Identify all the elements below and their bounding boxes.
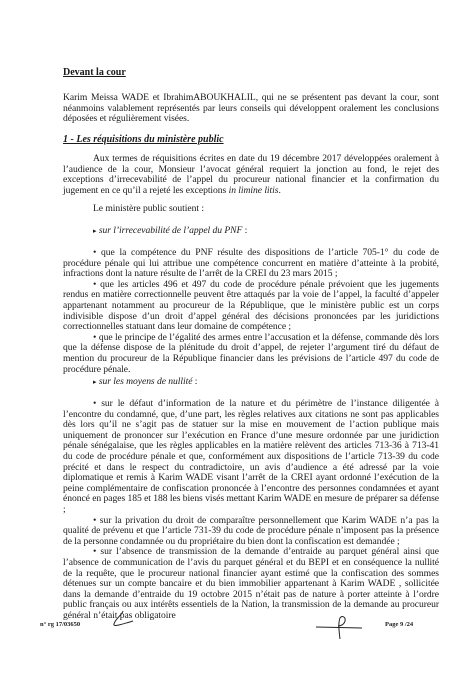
document-page: Devant la cour Karim Meissa WADE et Ibra… — [0, 0, 475, 673]
list-item: • que le principe de l’égalité des armes… — [63, 333, 439, 375]
subheading-irrecevabilite: ▸ sur l’irrecevabilité de l’appel du PNF… — [63, 226, 439, 237]
heading-devant-la-cour: Devant la cour — [63, 67, 126, 78]
case-number: n° rg 17/03650 — [40, 621, 80, 628]
list-item: • que les articles 496 et 497 du code de… — [63, 280, 439, 333]
intro-paragraph: Karim Meissa WADE et IbrahimABOUKHALIL, … — [63, 93, 439, 125]
triangle-bullet-icon: ▸ — [93, 227, 96, 235]
nullite-list: • sur le défaut d’information de la natu… — [63, 399, 439, 621]
ministere-soutient: Le ministère public soutient : — [63, 204, 439, 215]
initials-signature-icon — [112, 610, 138, 630]
subheading-nullite: ▸ sur les moyens de nullité : — [63, 377, 439, 388]
cross-signature-icon — [314, 615, 366, 641]
in-limine-litis: in limine litis — [229, 185, 279, 196]
irrecevabilite-list: • que la compétence du PNF résulte des d… — [63, 248, 439, 375]
list-item: • sur le défaut d’information de la natu… — [63, 399, 439, 516]
page-number: Page 9 /24 — [385, 621, 413, 628]
list-item: • sur la privation du droit de comparaît… — [63, 516, 439, 548]
list-item: • que la compétence du PNF résulte des d… — [63, 248, 439, 280]
triangle-bullet-icon: ▸ — [93, 378, 96, 386]
requisitions-paragraph: Aux termes de réquisitions écrites en da… — [63, 154, 439, 196]
section-heading-requisitions: 1 - Les réquisitions du ministère public — [63, 134, 224, 145]
